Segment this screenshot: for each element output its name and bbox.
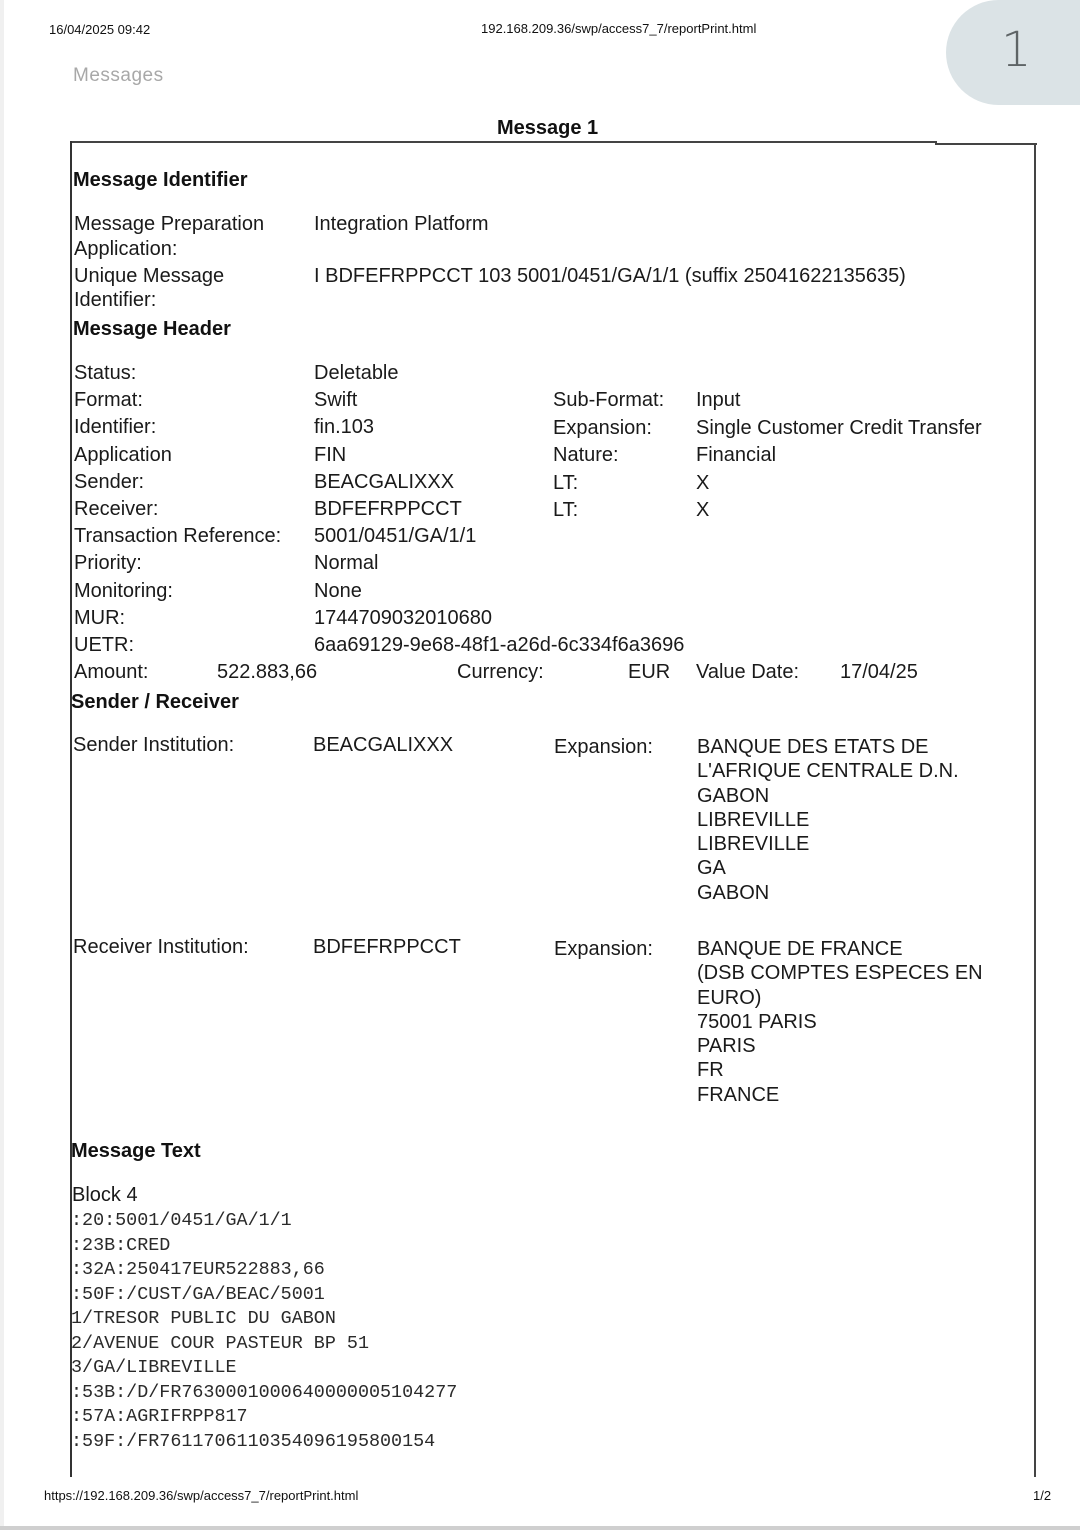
text-line: :23B:CRED bbox=[71, 1234, 457, 1259]
sender-institution-bic: BEACGALIXXX bbox=[313, 734, 453, 757]
header-field-label: Format: bbox=[74, 389, 143, 412]
text-line: GABON bbox=[697, 784, 959, 808]
page-number: 1 bbox=[1001, 22, 1032, 78]
currency-value: EUR bbox=[628, 661, 670, 684]
umi-label: Unique Message bbox=[74, 265, 224, 288]
prep-app-value: Integration Platform bbox=[314, 213, 489, 236]
value-date-value: 17/04/25 bbox=[840, 661, 918, 684]
header-field-value: X bbox=[696, 499, 709, 522]
umi-value: I BDFEFRPPCCT 103 5001/0451/GA/1/1 (suff… bbox=[314, 265, 906, 288]
scan-edge bbox=[0, 0, 4, 1530]
text-line: EURO) bbox=[697, 986, 983, 1010]
header-field-value: Normal bbox=[314, 552, 378, 575]
header-field-value: 1744709032010680 bbox=[314, 607, 492, 630]
text-line: :50F:/CUST/GA/BEAC/5001 bbox=[71, 1283, 457, 1308]
umi-label-cont: Identifier: bbox=[74, 289, 156, 312]
section-message-text: Message Text bbox=[71, 1140, 201, 1163]
header-field-label: Application bbox=[74, 444, 172, 467]
header-field-label: LT: bbox=[553, 472, 578, 495]
text-line: BANQUE DES ETATS DE bbox=[697, 735, 959, 759]
page-number-badge: 1 bbox=[946, 0, 1080, 105]
header-field-label: Sender: bbox=[74, 471, 144, 494]
text-line: GA bbox=[697, 856, 959, 880]
header-field-value: fin.103 bbox=[314, 416, 374, 439]
message-title: Message 1 bbox=[497, 117, 598, 140]
header-field-label: Monitoring: bbox=[74, 580, 173, 603]
print-datetime: 16/04/2025 09:42 bbox=[49, 22, 150, 37]
receiver-institution-label: Receiver Institution: bbox=[73, 936, 249, 959]
prep-app-label-cont: Application: bbox=[74, 238, 177, 261]
header-field-label: UETR: bbox=[74, 634, 134, 657]
header-field-value: 6aa69129-9e68-48f1-a26d-6c334f6a3696 bbox=[314, 634, 684, 657]
header-field-value: FIN bbox=[314, 444, 346, 467]
header-field-label: Expansion: bbox=[553, 417, 652, 440]
header-field-label: LT: bbox=[553, 499, 578, 522]
receiver-expansion-address: BANQUE DE FRANCE(DSB COMPTES ESPECES ENE… bbox=[697, 937, 983, 1107]
header-field-label: Receiver: bbox=[74, 498, 158, 521]
header-field-label: Sub-Format: bbox=[553, 389, 664, 412]
header-field-value: Single Customer Credit Transfer bbox=[696, 417, 982, 440]
header-field-label: Status: bbox=[74, 362, 136, 385]
header-field-label: Transaction Reference: bbox=[74, 525, 281, 548]
receiver-expansion-label: Expansion: bbox=[554, 938, 653, 961]
text-line: :32A:250417EUR522883,66 bbox=[71, 1258, 457, 1283]
scan-bottom-edge bbox=[0, 1526, 1080, 1530]
frame-border-top-right bbox=[935, 143, 1037, 145]
print-page-count: 1/2 bbox=[1033, 1488, 1051, 1503]
text-line: L'AFRIQUE CENTRALE D.N. bbox=[697, 759, 959, 783]
header-field-value: Swift bbox=[314, 389, 357, 412]
text-line: PARIS bbox=[697, 1034, 983, 1058]
header-field-value: None bbox=[314, 580, 362, 603]
amount-value: 522.883,66 bbox=[217, 661, 317, 684]
text-line: 3/GA/LIBREVILLE bbox=[71, 1356, 457, 1381]
text-line: GABON bbox=[697, 881, 959, 905]
sender-expansion-address: BANQUE DES ETATS DEL'AFRIQUE CENTRALE D.… bbox=[697, 735, 959, 905]
print-footer-url: https://192.168.209.36/swp/access7_7/rep… bbox=[44, 1488, 358, 1503]
text-line: (DSB COMPTES ESPECES EN bbox=[697, 961, 983, 985]
text-line: :59F:/FR7611706110354096195800154 bbox=[71, 1430, 457, 1455]
print-header-url: 192.168.209.36/swp/access7_7/reportPrint… bbox=[481, 21, 756, 36]
frame-border-top bbox=[70, 141, 937, 143]
frame-border-right bbox=[1034, 143, 1036, 1477]
header-field-label: Identifier: bbox=[74, 416, 156, 439]
text-line: :57A:AGRIFRPP817 bbox=[71, 1405, 457, 1430]
prep-app-label: Message Preparation bbox=[74, 213, 264, 236]
text-line: LIBREVILLE bbox=[697, 808, 959, 832]
receiver-institution-bic: BDFEFRPPCCT bbox=[313, 936, 461, 959]
app-title: Messages bbox=[73, 65, 164, 87]
header-field-label: Nature: bbox=[553, 444, 619, 467]
block-label: Block 4 bbox=[72, 1184, 138, 1207]
section-message-identifier: Message Identifier bbox=[73, 169, 248, 192]
section-message-header: Message Header bbox=[73, 318, 231, 341]
value-date-label: Value Date: bbox=[696, 661, 799, 684]
header-field-value: Deletable bbox=[314, 362, 399, 385]
header-field-value: Financial bbox=[696, 444, 776, 467]
header-field-value: BEACGALIXXX bbox=[314, 471, 454, 494]
text-line: LIBREVILLE bbox=[697, 832, 959, 856]
sender-expansion-label: Expansion: bbox=[554, 736, 653, 759]
sender-institution-label: Sender Institution: bbox=[73, 734, 234, 757]
text-line: BANQUE DE FRANCE bbox=[697, 937, 983, 961]
text-line: FRANCE bbox=[697, 1083, 983, 1107]
currency-label: Currency: bbox=[457, 661, 544, 684]
text-line: :53B:/D/FR7630001000640000005104277 bbox=[71, 1381, 457, 1406]
text-line: 2/AVENUE COUR PASTEUR BP 51 bbox=[71, 1332, 457, 1357]
text-line: 1/TRESOR PUBLIC DU GABON bbox=[71, 1307, 457, 1332]
section-sender-receiver: Sender / Receiver bbox=[71, 691, 239, 714]
header-field-value: 5001/0451/GA/1/1 bbox=[314, 525, 476, 548]
amount-label: Amount: bbox=[74, 661, 148, 684]
header-field-value: BDFEFRPPCCT bbox=[314, 498, 462, 521]
text-line: 75001 PARIS bbox=[697, 1010, 983, 1034]
header-field-label: Priority: bbox=[74, 552, 142, 575]
text-line: :20:5001/0451/GA/1/1 bbox=[71, 1209, 457, 1234]
header-field-value: Input bbox=[696, 389, 740, 412]
header-field-label: MUR: bbox=[74, 607, 125, 630]
header-field-value: X bbox=[696, 472, 709, 495]
text-line: FR bbox=[697, 1058, 983, 1082]
printed-report-page: 16/04/2025 09:42 192.168.209.36/swp/acce… bbox=[0, 0, 1080, 1530]
swift-block-4-text: :20:5001/0451/GA/1/1:23B:CRED:32A:250417… bbox=[71, 1209, 457, 1454]
